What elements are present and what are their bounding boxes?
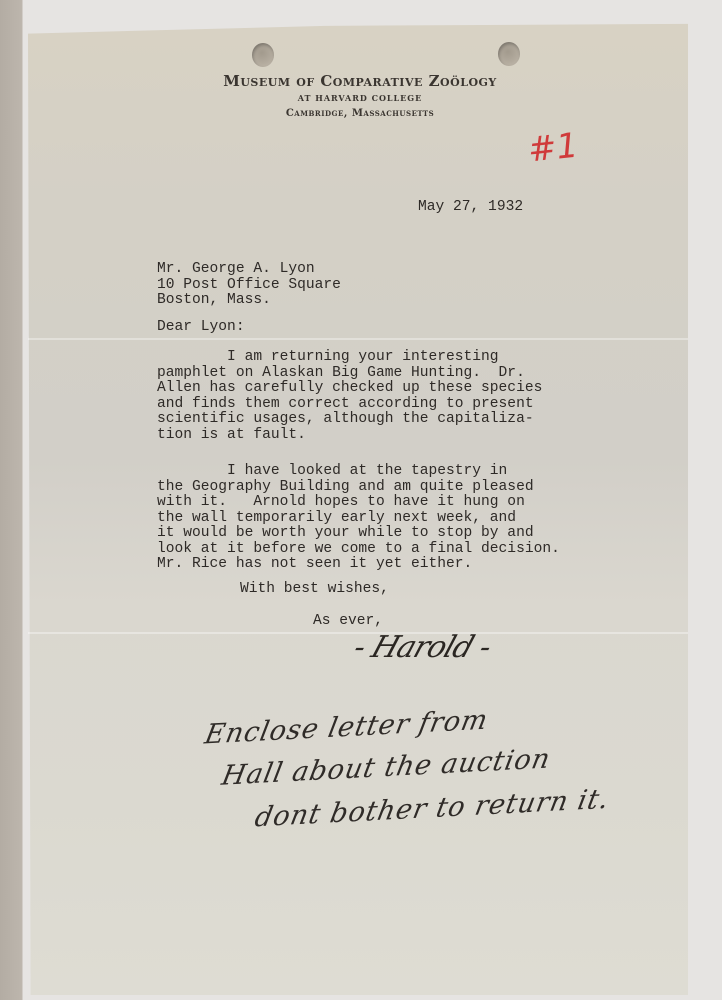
red-pencil-annotation: #1 [526, 125, 580, 170]
letterhead-institution: Museum of Comparative Zoölogy [140, 72, 580, 90]
salutation: Dear Lyon: [157, 320, 245, 336]
paper-fold-crease [28, 632, 688, 634]
body-paragraph: I am returning your interesting pamphlet… [157, 350, 542, 443]
handwritten-signature: - Harold - [349, 630, 495, 665]
closing-line: With best wishes, [240, 582, 389, 598]
paper-fold-crease [28, 338, 688, 340]
letterhead-affiliation: AT HARVARD COLLEGE [140, 93, 580, 103]
recipient-street: 10 Post Office Square [157, 277, 341, 293]
letterhead-location: Cambridge, Massachusetts [140, 108, 580, 119]
body-paragraph: I have looked at the tapestry in the Geo… [157, 464, 560, 573]
recipient-address: Mr. George A. Lyon 10 Post Office Square… [157, 262, 341, 309]
recipient-city: Boston, Mass. [157, 292, 271, 308]
closing-line: As ever, [313, 614, 383, 630]
letter-date: May 27, 1932 [418, 200, 523, 216]
recipient-name: Mr. George A. Lyon [157, 261, 315, 277]
punch-hole-icon [498, 42, 520, 66]
punch-hole-icon [252, 43, 274, 67]
